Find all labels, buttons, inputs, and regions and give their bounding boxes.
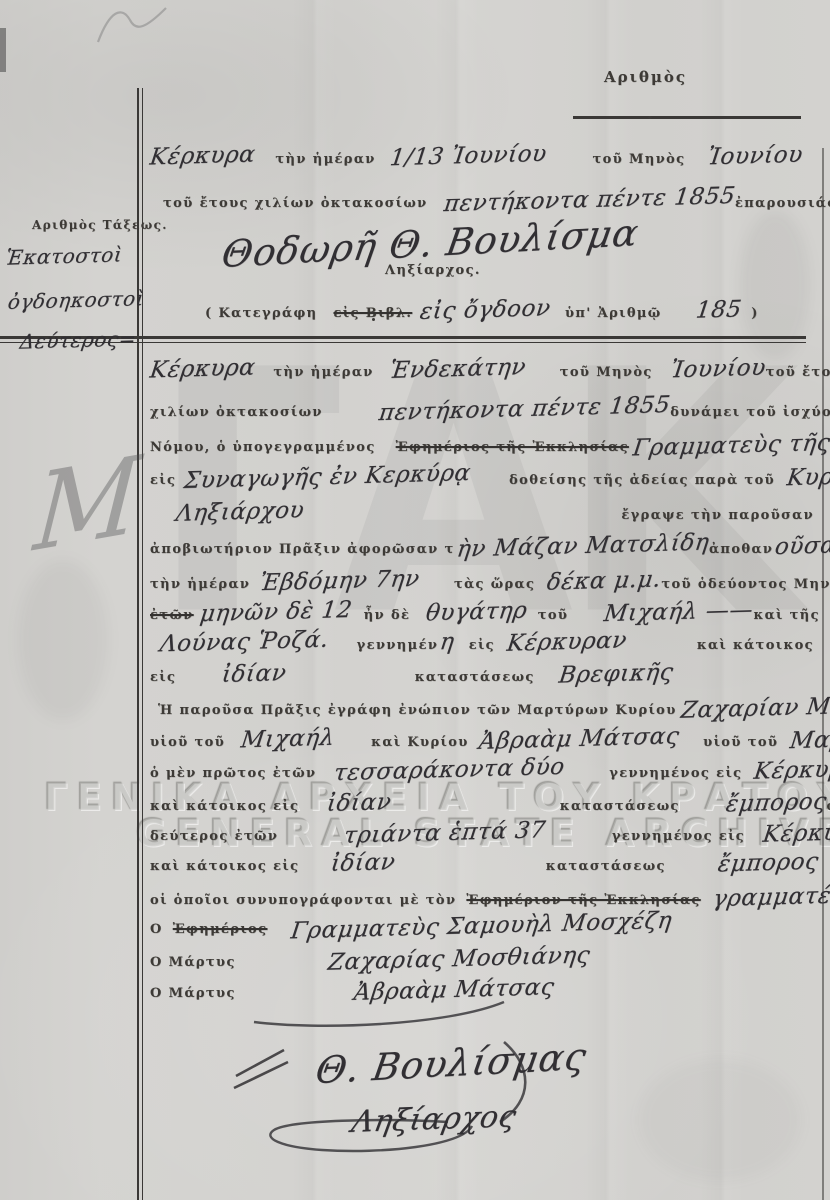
header-registrar-signature: Θοδωρῆ Θ. Βουλίσμα (222, 222, 814, 265)
registrar-title-oval-flourish (262, 1118, 482, 1154)
printed-form-text: τὴν ἡμέραν (273, 365, 373, 380)
body-synagogue-line: εἰςΣυναγωγῆς ἐν Κερκύρᾳδοθείσης τῆς ἀδεί… (150, 464, 814, 490)
header-registration-line: ( Κατεγράφηεἰς Βιβλ.εἰς ὄγδοονὑπ' Ἀριθμῷ… (205, 297, 814, 323)
bleed-through-smudge (740, 210, 810, 360)
scribe-ref-hand: γραμματέαν (711, 882, 830, 912)
body-age-line: ἐτῶνμηνῶν δὲ 12ἦν δὲθυγάτηρτοῦΜιχαήλ ——κ… (150, 599, 814, 625)
year-hand: πεντήκοντα πέντε 1855 (442, 183, 737, 217)
signature-scribe-line: ΟἘφημέριοςΓραμματεὺς Σαμουὴλ Μοσχέζη (150, 913, 814, 939)
printed-form-text: ἔγραψε τὴν παροῦσαν (621, 508, 814, 523)
registration-number-hand: 185 (694, 296, 743, 323)
header-date-line: Κέρκυρατὴν ἡμέραν1/13 Ἰουνίουτοῦ ΜηνὸςἸο… (150, 143, 814, 169)
printed-form-text: καὶ κάτοικος εἰς (150, 859, 299, 874)
birthplace-hand: Κέρκυραν (505, 627, 628, 656)
margin-rule-outer (137, 88, 139, 1200)
witness1-age-hand: τεσσαράκοντα δύο (333, 754, 567, 787)
printed-form-text: δοθείσης τῆς ἀδείας παρὰ τοῦ (509, 473, 775, 488)
printed-form-text: Ἐφημέριος (173, 922, 268, 937)
printed-form-text: τοῦ Μηνὸς (560, 365, 653, 380)
printed-form-text: καὶ κάτοικος (697, 638, 814, 653)
printed-form-text: Ἐφημέριος τῆς Ἐκκλησίας (396, 440, 629, 455)
witness1-signature-hand: Ζαχαρίας Μοσθιάνης (326, 942, 591, 975)
number-underline-rule (573, 116, 801, 119)
pencil-scribble-flourish (92, 2, 172, 50)
printed-form-text: ὁ δὲ (827, 799, 830, 814)
printed-form-text: τὴν ἡμέραν (150, 577, 250, 592)
printed-form-text: τοῦ Μηνὸς (592, 152, 685, 167)
scan-edge-mark (0, 28, 6, 72)
printed-form-text: χιλίων ὀκτακοσίων (150, 405, 323, 420)
synagogue-hand: Συναγωγῆς ἐν Κερκύρᾳ (183, 460, 473, 494)
body-death-day-line: τὴν ἡμέρανἘβδόμην 7ηντὰς ὥραςδέκα μ.μ.το… (150, 568, 814, 594)
handwritten-text: Κέρκυραν (753, 755, 830, 784)
printed-form-text: τοῦ ὁδεύοντος Μηνὸς καὶ ἔτους (661, 577, 830, 592)
signature-witness1-line: Ο ΜάρτυςΖαχαρίας Μοσθιάνης (150, 946, 814, 972)
witness1-occupation-hand: ἔμπορος (724, 789, 828, 818)
ink-speck (372, 318, 375, 321)
month-hand: Ἰουνίου (669, 355, 767, 384)
printed-form-text: καὶ Κυρίου (371, 735, 469, 750)
printed-form-text: τὴν ἡμέραν (275, 152, 375, 167)
header-year-line: τοῦ ἔτους χιλίων ὀκτακοσίωνπεντήκοντα πέ… (163, 187, 814, 213)
printed-form-text: καταστάσεως (560, 799, 680, 814)
body-residence-line: εἰςἰδίανκαταστάσεωςΒρεφικῆς (150, 661, 814, 687)
printed-form-text: Ἐφημέριον τῆς Ἐκκλησίας (466, 893, 700, 908)
registrar-title: Ληξίαρχος. (385, 263, 481, 278)
bleed-through-smudge (18, 560, 108, 720)
printed-form-text: Ἡ παροῦσα Πρᾶξις ἐγράφη ἐνώπιον τῶν Μαρτ… (158, 703, 677, 718)
printed-form-text: ὑπ' Ἀριθμῷ (565, 306, 662, 321)
number-label: Αριθμὸς (604, 68, 687, 86)
printed-form-text: καταστάσεως (415, 670, 535, 685)
order-number-label: Αριθμὸς Τάξεως. (32, 218, 168, 232)
order-number-hand-2: ὀγδοηκοστοὶ (6, 286, 145, 314)
death-hour-hand: δέκα μ.μ. (546, 566, 663, 595)
printed-form-text: τὰς ὥρας (454, 577, 535, 592)
printed-form-text: εἰς (150, 473, 176, 488)
body-cosign-line: οἱ ὁποῖοι συνυπογράφονται μὲ τὸνἘφημέριο… (150, 884, 814, 910)
handwritten-text: ἰδίαν (330, 849, 398, 877)
body-undersigned-line: Νόμου, ὁ ὑπογεγραμμένοςἘφημέριος τῆς Ἐκκ… (150, 431, 814, 457)
printed-form-text: Ο (150, 922, 163, 937)
place-name-hand: Κέρκυρα (148, 354, 257, 383)
body-permission-line: Ληξιάρχουἔγραψε τὴν παροῦσαν (176, 499, 814, 525)
order-number-hand-3: Δεύτερος= (18, 326, 137, 353)
printed-form-text: ὁ μὲν πρῶτος ἐτῶν (150, 766, 316, 781)
relation-hand: θυγάτηρ (425, 598, 530, 627)
body-witness1-age-line: ὁ μὲν πρῶτος ἐτῶντεσσαράκοντα δύογεννημέ… (150, 757, 814, 783)
handwritten-text: η (439, 629, 457, 656)
printed-form-text: καὶ κάτοικος εἰς (150, 799, 299, 814)
body-deceased-line: ἀποβιωτήριον Πρᾶξιν ἀφορῶσαν τὴν Μάζαν Μ… (150, 533, 814, 559)
father-name-hand: Μιχαήλ —— (603, 597, 755, 627)
margin-rule-inner (142, 88, 143, 1200)
death-day-hand: Ἐβδόμην 7ην (259, 566, 422, 597)
witness-signature-flourish (246, 996, 516, 1030)
place-name-hand: Κέρκυρα (148, 141, 257, 170)
printed-form-text: ἀποβιωτήριον Πρᾶξιν ἀφορῶσαν τ (150, 542, 455, 557)
registrar-ref-hand: Ληξιάρχου (174, 497, 306, 527)
witness2-occupation-hand: ἔμπορος (716, 849, 820, 878)
body-witness2-residence-line: καὶ κάτοικος εἰςἰδίανκαταστάσεωςἔμπορος (150, 850, 814, 876)
body-mother-line: Λούνας Ῥοζά.γεννημένηεἰςΚέρκυρανκαὶ κάτο… (160, 629, 814, 655)
printed-form-text: καταστάσεως (546, 859, 666, 874)
body-witness1-line: υἱοῦ τοῦΜιχαήλκαὶ ΚυρίουἈβραὰμ Μάτσαςυἱο… (150, 726, 814, 752)
printed-form-text: δεύτερος ἐτῶν (150, 829, 278, 844)
residence-hand: ἰδίαν (221, 660, 289, 688)
printed-form-text: ἐπαρουσιάσθη (735, 196, 830, 211)
bleed-through-smudge (640, 1060, 800, 1180)
printed-form-text: τοῦ ἔτους χιλίων ὀκτακοσίων (163, 196, 428, 211)
printed-form-text: Νόμου, ὁ ὑπογεγραμμένος (150, 440, 376, 455)
status-hand: Βρεφικῆς (557, 659, 675, 688)
witness2-name-hand: Ἀβραὰμ Μάτσας (477, 723, 681, 755)
order-number-hand-1: Ἑκατοστοὶ (4, 242, 124, 269)
ink-speck (648, 116, 652, 119)
printed-form-text: δυνάμει τοῦ ἰσχύοντος (670, 405, 830, 420)
book-hand: εἰς ὄγδοον (419, 295, 553, 325)
handwritten-text: ἰδίαν (326, 789, 394, 817)
year-hand: πεντήκοντα πέντε 1855 (377, 392, 672, 426)
printed-form-text: ( Κατεγράφη (205, 306, 317, 321)
printed-form-text: γεννημέν (357, 638, 439, 653)
printed-form-text: γεννημένος εἰς (609, 766, 742, 781)
witness2-father-hand: Μαρδοχαίου (789, 724, 830, 754)
printed-form-text: ἀποθαν (709, 542, 773, 557)
printed-form-text: υἱοῦ τοῦ (150, 735, 225, 750)
handwritten-text: Κέρκυραν (761, 818, 830, 847)
printed-form-text: τοῦ (538, 608, 569, 623)
month-hand: Ἰουνίου (706, 142, 804, 171)
printed-form-text: γεννημένος εἰς (612, 829, 745, 844)
witness1-father-hand: Μιχαήλ (239, 725, 336, 754)
body-witnesses-intro-line: Ἡ παροῦσα Πρᾶξις ἐγράφη ἐνώπιον τῶν Μαρτ… (158, 694, 814, 720)
age-hand: μηνῶν δὲ 12 (198, 597, 353, 627)
printed-form-text: τοῦ ἔτους (766, 365, 830, 380)
page-edge-rule (822, 148, 824, 1200)
scribe-role-hand: Γραμματεὺς τῆς ἑβραϊκῆς (631, 427, 830, 462)
body-date-line: Κέρκυρατὴν ἡμέρανἙνδεκάτηντοῦ ΜηνὸςἸουνί… (150, 356, 814, 382)
printed-form-text: καὶ τῆς (753, 608, 819, 623)
printed-form-text: Ο Μάρτυς (150, 986, 236, 1001)
body-witness2-age-line: δεύτερος ἐτῶντριάντα ἑπτά 37γεννημένος ε… (150, 820, 814, 846)
scanned-document-page: ΓΑΚ ΓΕΝΙΚΑ ΑΡΧΕΙΑ ΤΟΥ ΚΡΑΤΟΥΣ GENERAL ST… (0, 0, 830, 1200)
registrar-signature-flourish (232, 1038, 542, 1128)
printed-form-text: οἱ ὁποῖοι συνυπογράφονται μὲ τὸν (150, 893, 456, 908)
printed-form-text: Ο Μάρτυς (150, 955, 236, 970)
witness2-age-hand: τριάντα ἑπτά 37 (343, 817, 548, 849)
printed-form-text: ἦν δὲ (364, 608, 411, 623)
printed-form-text: εἰς (150, 670, 176, 685)
scribe-signature-hand: Γραμματεὺς Σαμουὴλ Μοσχέζη (290, 908, 674, 945)
day-hand: Ἑνδεκάτην (388, 354, 527, 384)
printed-form-text: υἱοῦ τοῦ (703, 735, 778, 750)
deceased-name-hand: ὴν Μάζαν Ματσλίδη (455, 529, 711, 562)
handwritten-text: Κυρίου (785, 463, 830, 491)
body-year-line: χιλίων ὀκτακοσίωνπεντήκοντα πέντε 1855δυ… (150, 396, 814, 422)
printed-form-text: εἰς (469, 638, 495, 653)
body-witness1-residence-line: καὶ κάτοικος εἰςἰδίανκαταστάσεωςἔμποροςὁ… (150, 790, 814, 816)
mother-name-hand: Λούνας Ῥοζά. (158, 627, 330, 658)
printed-form-text: ἐτῶν (150, 608, 194, 623)
day-hand: 1/13 Ἰουνίου (388, 141, 548, 171)
witness1-name-hand: Ζαχαρίαν Μοσθιάνου (679, 690, 830, 723)
handwritten-text: οῦσαν (774, 532, 830, 560)
margin-pencil-mark: M (31, 441, 143, 566)
